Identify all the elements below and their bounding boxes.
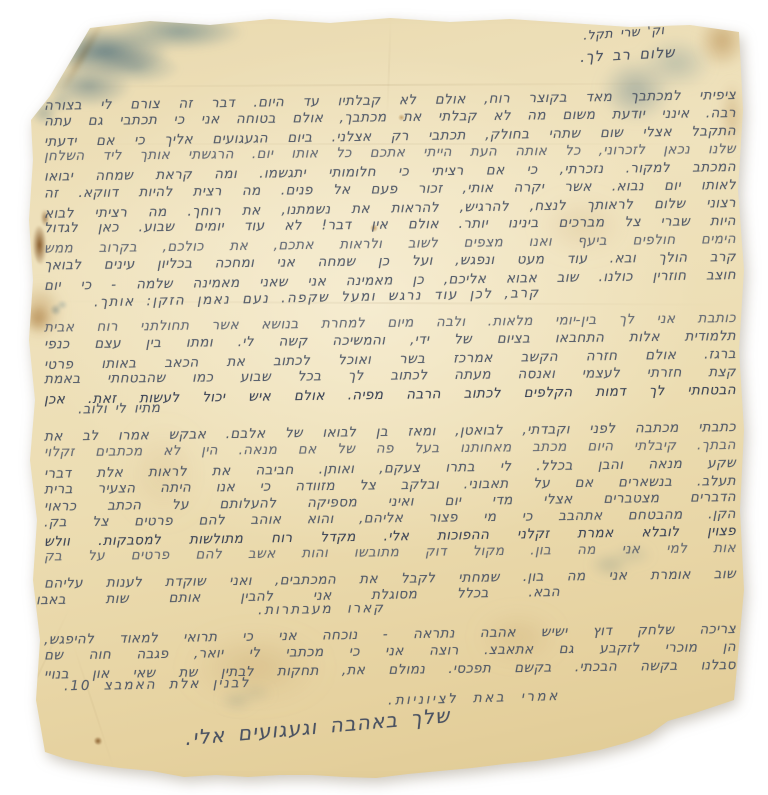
dark-dot-bottom-left — [94, 737, 102, 745]
handwritten-line: לבנין אלת האמבצ 10. — [64, 676, 251, 694]
signature-line: שלך באהבה וגעגועים אלי. — [184, 708, 451, 746]
scan-background: { "colors": { "background": "#ffffff", "… — [0, 0, 768, 795]
header-line: וק' שרי תקל. — [582, 22, 664, 43]
letter-paper-shadow: וק' שרי תקל. שלום רב לך. ציפיתי למכתבך מ… — [0, 0, 768, 795]
header-line: שלום רב לך. — [580, 46, 676, 66]
crease-horizontal-1 — [40, 82, 728, 88]
blue-mark-left — [50, 300, 68, 316]
blue-ink-stain-top-left — [40, 12, 245, 76]
handwritten-line: קארו מעבתרות. — [258, 601, 385, 618]
tan-patch-top-right-corner — [698, 14, 746, 68]
letter-paper: וק' שרי תקל. שלום רב לך. ציפיתי למכתבך מ… — [0, 0, 768, 795]
handwritten-line: מתיו לי ולוב. — [78, 401, 161, 417]
fold-edge-top-left — [57, 15, 109, 94]
